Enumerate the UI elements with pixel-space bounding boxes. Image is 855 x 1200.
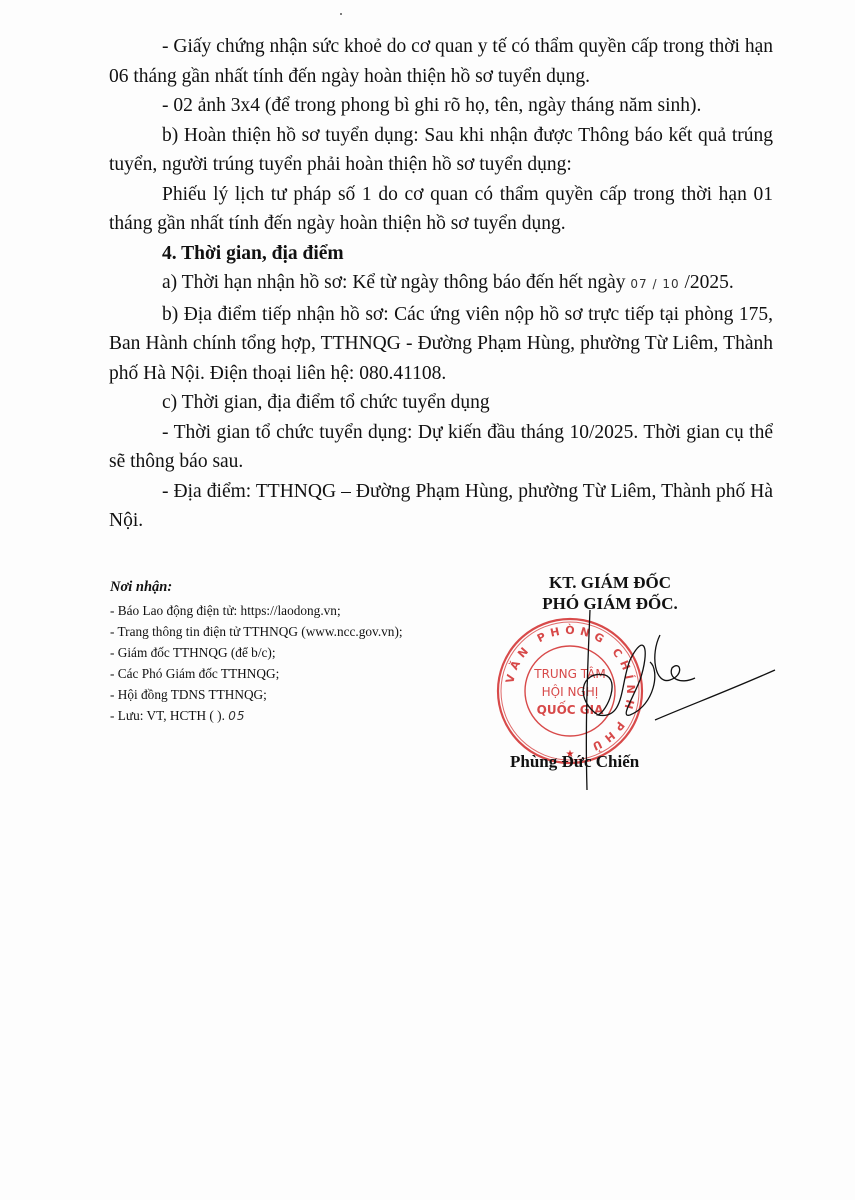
recipient-item: - Hội đồng TDNS TTHNQG; (110, 684, 440, 705)
document-body: - Giấy chứng nhận sức khoẻ do cơ quan y … (109, 32, 773, 536)
deadline-year: /2025. (685, 272, 734, 293)
paragraph-criminal-record: Phiếu lý lịch tư pháp số 1 do cơ quan có… (109, 180, 773, 239)
paragraph-place: - Địa điểm: TTHNQG – Đường Phạm Hùng, ph… (109, 477, 773, 536)
paragraph-time-place-heading: c) Thời gian, địa điểm tổ chức tuyển dụn… (109, 388, 773, 418)
signature-title-line1: KT. GIÁM ĐỐC (480, 572, 740, 593)
paragraph-time: - Thời gian tổ chức tuyển dụng: Dự kiến … (109, 418, 773, 477)
recipients-title: Nơi nhận: (110, 577, 440, 598)
signature-title-line2: PHÓ GIÁM ĐỐC. (480, 593, 740, 614)
recipient-item: - Các Phó Giám đốc TTHNQG; (110, 663, 440, 684)
svg-text:HỘI NGHỊ: HỘI NGHỊ (542, 684, 599, 699)
official-stamp-icon: VĂN PHÒNG CHÍNH PHỦ TRUNG TÂM HỘI NGHỊ Q… (495, 616, 645, 766)
handwritten-month: 10 (662, 277, 679, 291)
paragraph-deadline: a) Thời hạn nhận hồ sơ: Kể từ ngày thông… (109, 268, 773, 300)
paragraph-complete-dossier: b) Hoàn thiện hồ sơ tuyển dụng: Sau khi … (109, 121, 773, 180)
signature-block: KT. GIÁM ĐỐC PHÓ GIÁM ĐỐC. (480, 572, 740, 614)
deadline-text: a) Thời hạn nhận hồ sơ: Kể từ ngày thông… (162, 272, 630, 293)
scan-speck (340, 13, 342, 15)
recipient-item: - Lưu: VT, HCTH ( ). 05 (110, 705, 440, 727)
paragraph-location: b) Địa điểm tiếp nhận hồ sơ: Các ứng viê… (109, 300, 773, 389)
document-page: - Giấy chứng nhận sức khoẻ do cơ quan y … (0, 0, 855, 1200)
signer-name: Phùng Đức Chiến (510, 752, 710, 772)
recipient-item: - Báo Lao động điện tử: https://laodong.… (110, 600, 440, 621)
recipient-item: - Trang thông tin điện tử TTHNQG (www.nc… (110, 621, 440, 642)
handwritten-count: 05 (228, 709, 245, 723)
paragraph-health-certificate: - Giấy chứng nhận sức khoẻ do cơ quan y … (109, 32, 773, 91)
section-heading-time-place: 4. Thời gian, địa điểm (109, 239, 773, 269)
svg-text:TRUNG TÂM: TRUNG TÂM (533, 666, 606, 681)
recipients-block: Nơi nhận: - Báo Lao động điện tử: https:… (110, 577, 440, 727)
paragraph-photos: - 02 ảnh 3x4 (để trong phong bì ghi rõ h… (109, 91, 773, 121)
recipient-item: - Giám đốc TTHNQG (để b/c); (110, 642, 440, 663)
svg-text:QUỐC GIA: QUỐC GIA (537, 700, 604, 717)
handwritten-day: 07 (630, 277, 647, 291)
